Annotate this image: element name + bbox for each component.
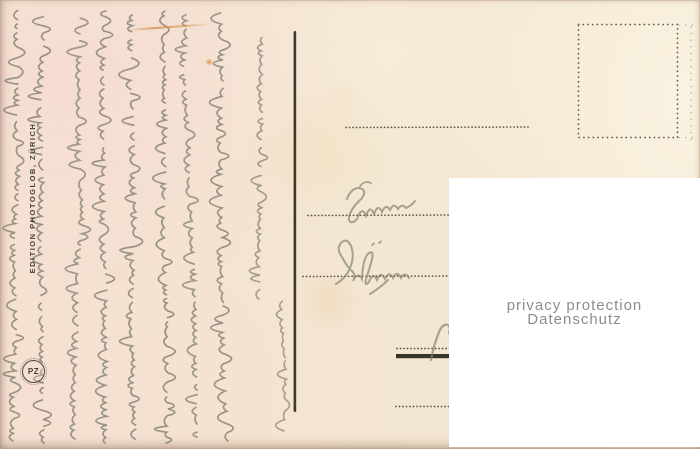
handwriting-line — [210, 13, 234, 441]
stamp-box-edge-marks — [679, 25, 696, 140]
handwritten-message — [3, 10, 289, 443]
handwriting-line — [276, 301, 290, 431]
inked-bar — [396, 354, 452, 358]
publisher-monogram-stamp: PZ — [22, 360, 45, 383]
handwriting-line — [92, 11, 114, 443]
monogram-text: PZ — [28, 367, 39, 376]
handwriting-line — [65, 18, 90, 439]
publisher-imprint: EDITION PHOTOGLOB, ZÜRICH — [28, 112, 38, 284]
divider-line — [294, 31, 297, 412]
handwriting-line — [249, 37, 267, 299]
postcard-back: EDITION PHOTOGLOB, ZÜRICH PZ privacy pro… — [0, 0, 700, 449]
stamp-box — [579, 25, 678, 138]
handwriting-line — [153, 11, 176, 443]
stain-speck — [205, 58, 213, 66]
handwriting-line — [119, 15, 143, 439]
privacy-line-2: Datenschutz — [527, 313, 621, 327]
privacy-overlay: privacy protection Datenschutz — [449, 178, 700, 447]
handwriting-line — [175, 15, 198, 437]
handwriting-line — [3, 11, 25, 441]
handwritten-address — [336, 182, 450, 360]
